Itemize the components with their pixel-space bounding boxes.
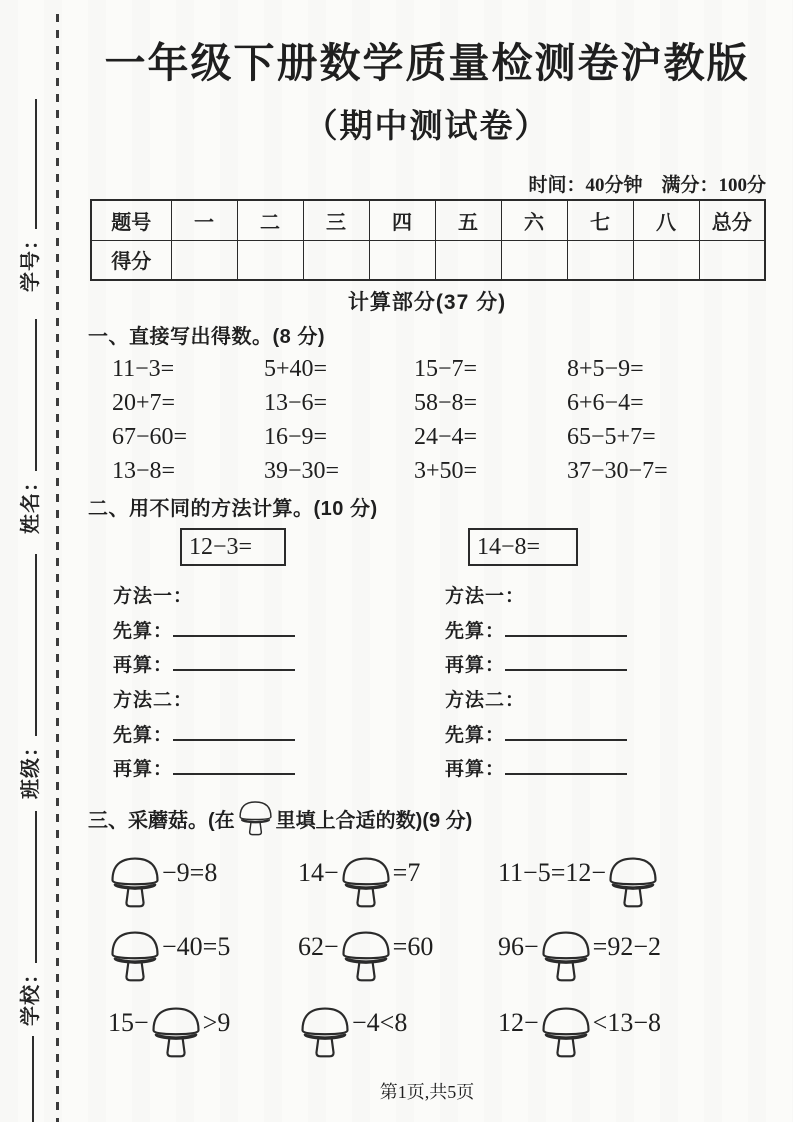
- problem: 20+7=: [112, 386, 264, 420]
- mushroom-icon: [108, 927, 162, 985]
- seal-field-school: 学校：: [14, 811, 43, 1026]
- answer-blank: [505, 621, 627, 637]
- seal-field-class: 班级：: [14, 554, 43, 799]
- answer-blank: [173, 759, 295, 775]
- mushroom-problem-row: −9=8 14− =7 11−5=12−: [108, 834, 768, 912]
- mushroom-problem: −4<8: [298, 984, 498, 1062]
- score-cell: [237, 240, 303, 280]
- then-step-line: 再算：: [113, 649, 373, 684]
- header-cell-4: 四: [369, 200, 435, 240]
- score-cell: [435, 240, 501, 280]
- header-cell-1: 一: [171, 200, 237, 240]
- page-title: 一年级下册数学质量检测卷沪教版: [88, 30, 766, 89]
- class-label: 班级：: [20, 736, 42, 799]
- score-table-score-row: 得分: [91, 240, 765, 280]
- problem-row: 11−3= 5+40= 15−7= 8+5−9=: [112, 352, 732, 386]
- then-step-line: 再算：: [113, 753, 373, 788]
- section1-heading: 一、直接写出得数。(8 分): [88, 320, 325, 349]
- problem-row: 13−8= 39−30= 3+50= 37−30−7=: [112, 454, 732, 488]
- mushroom-icon: [539, 927, 593, 985]
- header-cell-6: 六: [501, 200, 567, 240]
- mushroom-problem: 15− >9: [108, 984, 298, 1062]
- seal-field-name: 姓名：: [14, 319, 43, 534]
- time-score-info: 时间：40分钟 满分：100分: [88, 170, 766, 197]
- header-cell-total: 总分: [699, 200, 765, 240]
- student-id-label: 学号：: [20, 229, 42, 292]
- then-step-line: 再算：: [445, 649, 705, 684]
- answer-blank: [173, 621, 295, 637]
- problem: 37−30−7=: [567, 454, 732, 488]
- header-cell-timu: 题号: [91, 200, 171, 240]
- answer-blank: [505, 655, 627, 671]
- header-cell-2: 二: [237, 200, 303, 240]
- mushroom-problem: −9=8: [108, 834, 298, 912]
- problem: 16−9=: [264, 420, 414, 454]
- first-step-line: 先算：: [445, 719, 705, 754]
- seal-extra-line: [14, 1036, 40, 1122]
- page-subtitle: （期中测试卷）: [88, 100, 766, 147]
- problem: 24−4=: [414, 420, 567, 454]
- header-cell-3: 三: [303, 200, 369, 240]
- problem: 65−5+7=: [567, 420, 732, 454]
- part-title: 计算部分(37 分): [88, 286, 766, 316]
- section2-heading: 二、用不同的方法计算。(10 分): [88, 492, 378, 521]
- answer-blank: [505, 725, 627, 741]
- problem: 8+5−9=: [567, 352, 732, 386]
- header-cell-8: 八: [633, 200, 699, 240]
- mushroom-icon: [149, 1003, 203, 1061]
- score-cell: [501, 240, 567, 280]
- score-row-label: 得分: [91, 240, 171, 280]
- class-blank: [17, 554, 37, 736]
- mushroom-problem-row: −40=5 62− =60 96− =92−2: [108, 908, 768, 986]
- problem: 39−30=: [264, 454, 414, 488]
- mushroom-icon: [339, 853, 393, 911]
- score-table: 题号 一 二 三 四 五 六 七 八 总分 得分: [90, 199, 766, 281]
- score-cell: [567, 240, 633, 280]
- problem: 67−60=: [112, 420, 264, 454]
- mushroom-icon: [108, 853, 162, 911]
- header-cell-5: 五: [435, 200, 501, 240]
- school-blank: [17, 811, 37, 963]
- mushroom-icon: [339, 927, 393, 985]
- score-cell: [171, 240, 237, 280]
- score-table-header-row: 题号 一 二 三 四 五 六 七 八 总分: [91, 200, 765, 240]
- mushroom-problem: −40=5: [108, 908, 298, 986]
- method2-label: 方法二：: [113, 684, 373, 719]
- mushroom-problem: 12− <13−8: [498, 984, 768, 1062]
- method-column-left: 方法一： 先算： 再算： 方法二： 先算： 再算：: [113, 580, 373, 788]
- problem: 6+6−4=: [567, 386, 732, 420]
- then-step-line: 再算：: [445, 753, 705, 788]
- mushroom-icon: [298, 1003, 352, 1061]
- problem: 13−8=: [112, 454, 264, 488]
- problem: 15−7=: [414, 352, 567, 386]
- first-step-line: 先算：: [113, 719, 373, 754]
- problem: 5+40=: [264, 352, 414, 386]
- answer-blank: [173, 725, 295, 741]
- mushroom-icon: [237, 798, 274, 838]
- mushroom-problem: 11−5=12−: [498, 834, 768, 912]
- first-step-line: 先算：: [113, 615, 373, 650]
- method-column-right: 方法一： 先算： 再算： 方法二： 先算： 再算：: [445, 580, 705, 788]
- school-label: 学校：: [20, 963, 42, 1026]
- mushroom-problem: 14− =7: [298, 834, 498, 912]
- score-cell: [633, 240, 699, 280]
- student-id-blank: [17, 99, 37, 229]
- name-label: 姓名：: [20, 471, 42, 534]
- answer-blank: [173, 655, 295, 671]
- mushroom-icon: [606, 853, 660, 911]
- score-cell: [699, 240, 765, 280]
- mushroom-problem-row: 15− >9 −4<8 12− <13−8: [108, 984, 768, 1062]
- first-step-line: 先算：: [445, 615, 705, 650]
- seal-field-student-id: 学号：: [14, 99, 43, 292]
- mushroom-icon: [539, 1003, 593, 1061]
- section1-problem-grid: 11−3= 5+40= 15−7= 8+5−9= 20+7= 13−6= 58−…: [112, 352, 732, 488]
- seal-dashed-line: [56, 14, 59, 1122]
- name-blank: [17, 319, 37, 471]
- problem: 11−3=: [112, 352, 264, 386]
- score-cell: [303, 240, 369, 280]
- method1-label: 方法一：: [445, 580, 705, 615]
- problem-row: 20+7= 13−6= 58−8= 6+6−4=: [112, 386, 732, 420]
- problem: 58−8=: [414, 386, 567, 420]
- method1-label: 方法一：: [113, 580, 373, 615]
- problem: 3+50=: [414, 454, 567, 488]
- problem-box-1: 12−3=: [180, 528, 286, 566]
- header-cell-7: 七: [567, 200, 633, 240]
- test-paper-page: 学号： 姓名： 班级： 学校： 一年级下册数学质量检测卷沪教版 （期中测试卷） …: [0, 0, 793, 1122]
- mushroom-problem: 62− =60: [298, 908, 498, 986]
- problem-row: 67−60= 16−9= 24−4= 65−5+7=: [112, 420, 732, 454]
- score-cell: [369, 240, 435, 280]
- page-number-footer: 第1页,共5页: [88, 1078, 766, 1104]
- mushroom-problem: 96− =92−2: [498, 908, 768, 986]
- problem-box-2: 14−8=: [468, 528, 578, 566]
- method2-label: 方法二：: [445, 684, 705, 719]
- problem: 13−6=: [264, 386, 414, 420]
- answer-blank: [505, 759, 627, 775]
